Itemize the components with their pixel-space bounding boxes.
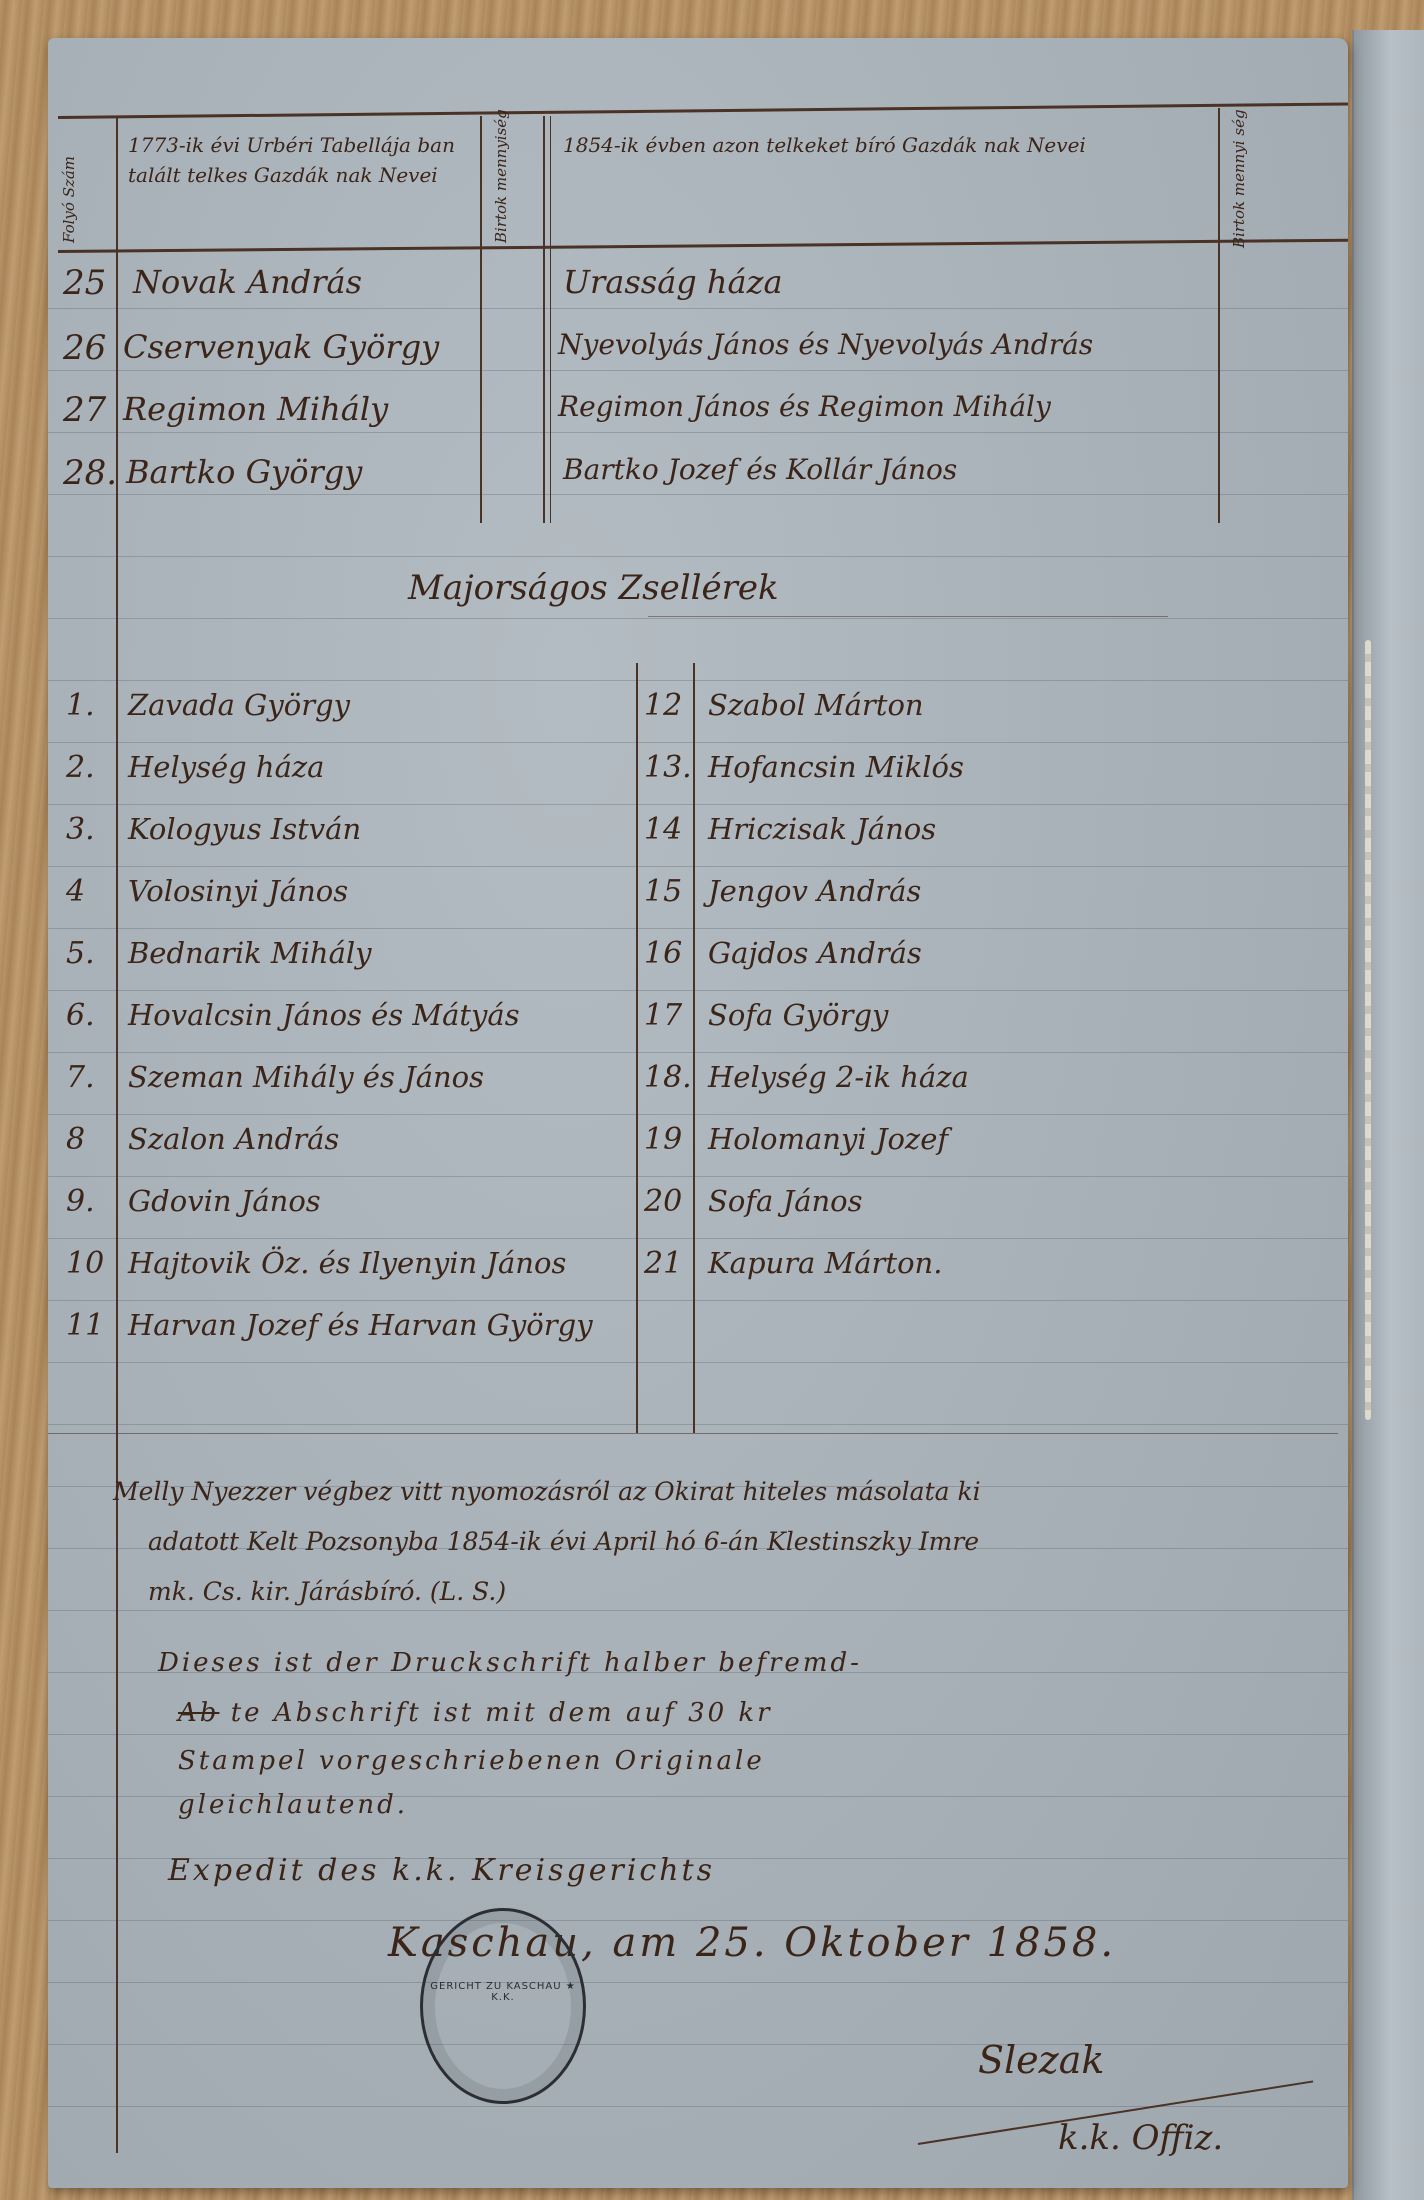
ruled-line [48, 308, 1348, 309]
list-item-name: Szeman Mihály és János [128, 1060, 484, 1094]
list-item-name: Bednarik Mihály [128, 936, 372, 970]
ruled-line [48, 1052, 1348, 1053]
list-item-number: 7. [66, 1060, 95, 1095]
ruled-line [48, 1238, 1348, 1239]
list-item-number: 21 [644, 1246, 682, 1281]
list-item-number: 16 [644, 936, 682, 971]
list-item-number: 5. [66, 936, 95, 971]
zsellerek-col-sep-a [636, 663, 638, 1433]
ruled-line [48, 1300, 1348, 1301]
list-item-number: 18. [644, 1060, 692, 1095]
list-item-number: 3. [66, 812, 95, 847]
list-item-number: 14 [644, 812, 682, 847]
list-item-name: Sofa György [708, 998, 888, 1032]
ruled-line [48, 742, 1348, 743]
list-item-name: Helység 2-ik háza [708, 1060, 969, 1094]
list-item-name: Szalon András [128, 1122, 339, 1156]
list-item-number: 6. [66, 998, 95, 1033]
document-page: Folyó Szám 1773-ik évi Urbéri Tabellája … [48, 38, 1348, 2188]
header-folyo-szam: Folyó Szám [60, 123, 78, 243]
row-num: 26 [63, 328, 106, 368]
binding-thread [1365, 640, 1371, 1420]
ruled-line [48, 1982, 1348, 1983]
ruled-line [48, 618, 1348, 619]
list-item-name: Hriczisak János [708, 812, 936, 846]
row-num: 28. [63, 453, 117, 493]
list-item-number: 8 [66, 1122, 85, 1157]
ruled-line [48, 370, 1348, 371]
list-item-name: Szabol Márton [708, 688, 924, 722]
row-num: 25 [63, 263, 106, 303]
list-item-number: 9. [66, 1184, 95, 1219]
section-title: Majorságos Zsellérek [408, 568, 779, 608]
table-top-rule [58, 102, 1348, 119]
row-name-1773: Regimon Mihály [123, 390, 388, 428]
list-item-name: Volosinyi János [128, 874, 348, 908]
ruled-line [48, 2044, 1348, 2045]
list-item-name: Gajdos András [708, 936, 922, 970]
list-item-number: 13. [644, 750, 692, 785]
ruled-line [48, 556, 1348, 557]
section-title-underline [648, 616, 1168, 617]
header-bottom-rule [58, 239, 1348, 253]
list-item-name: Sofa János [708, 1184, 863, 1218]
header-birtok-1: Birtok mennyiség [492, 123, 510, 243]
stamp-text: GERICHT ZU KASCHAU ★ K.K. [423, 1981, 583, 2003]
official-seal-stamp: GERICHT ZU KASCHAU ★ K.K. [420, 1908, 586, 2104]
list-item-name: Hajtovik Öz. és Ilyenyin János [128, 1246, 566, 1280]
signature-name: Slezak [978, 2038, 1104, 2082]
row-name-1854: Nyevolyás János és Nyevolyás András [558, 328, 1093, 361]
header-names-1854: 1854-ik évben azon telkeket bíró Gazdák … [563, 130, 1163, 160]
ruled-line [48, 494, 1348, 495]
ruled-line [48, 1424, 1348, 1425]
german-note-line-3: Stampel vorgeschriebenen Originale [178, 1746, 765, 1776]
german-note-line-2: Ab te Abschrift ist mit dem auf 30 kr [178, 1698, 773, 1728]
list-item-number: 1. [66, 688, 95, 723]
ruled-line [48, 866, 1348, 867]
list-item-name: Gdovin János [128, 1184, 321, 1218]
list-item-name: Kologyus István [128, 812, 361, 846]
attestation-line-1: Melly Nyezzer végbez vitt nyomozásról az… [113, 1468, 981, 1516]
col-sep-1 [116, 118, 118, 2153]
col-sep-2 [480, 116, 482, 523]
ruled-line [48, 990, 1348, 991]
row-num: 27 [63, 390, 106, 430]
ruled-line [48, 1734, 1348, 1735]
list-item-number: 4 [66, 874, 85, 909]
list-item-name: Hofancsin Miklós [708, 750, 964, 784]
struck-word: Ab [178, 1698, 219, 1728]
header-birtok-2: Birtok mennyi ség [1230, 118, 1248, 248]
ruled-line [48, 680, 1348, 681]
header-names-1773: 1773-ik évi Urbéri Tabellája ban talált … [128, 130, 473, 190]
list-item-name: Jengov András [708, 874, 921, 908]
zsellerek-bottom-rule [48, 1433, 1338, 1434]
row-name-1773: Novak András [133, 263, 362, 301]
list-item-number: 17 [644, 998, 682, 1033]
ruled-line [48, 1114, 1348, 1115]
ruled-line [48, 1176, 1348, 1177]
list-item-number: 19 [644, 1122, 682, 1157]
list-item-name: Zavada György [128, 688, 350, 722]
col-sep-3b [550, 116, 551, 523]
list-item-name: Helység háza [128, 750, 324, 784]
list-item-number: 2. [66, 750, 95, 785]
list-item-name: Harvan Jozef és Harvan György [128, 1308, 593, 1342]
list-item-name: Kapura Márton. [708, 1246, 942, 1280]
row-name-1854: Urasság háza [563, 263, 783, 301]
list-item-number: 11 [66, 1308, 104, 1343]
attestation-line-2: adatott Kelt Pozsonyba 1854-ik évi April… [148, 1518, 979, 1566]
ruled-line [48, 432, 1348, 433]
attestation-line-3: mk. Cs. kir. Járásbíró. (L. S.) [148, 1568, 506, 1616]
ruled-line [48, 928, 1348, 929]
list-item-number: 10 [66, 1246, 104, 1281]
col-sep-4 [1218, 108, 1220, 523]
ruled-line [48, 1362, 1348, 1363]
facing-page-edge [1352, 30, 1424, 2200]
row-name-1854: Regimon János és Regimon Mihály [558, 390, 1051, 423]
german-note-line-4: gleichlautend. [178, 1790, 408, 1820]
expedit-line: Expedit des k.k. Kreisgerichts [168, 1853, 715, 1888]
list-item-number: 20 [644, 1184, 682, 1219]
list-item-name: Hovalcsin János és Mátyás [128, 998, 520, 1032]
list-item-name: Holomanyi Jozef [708, 1122, 948, 1156]
signature-title: k.k. Offiz. [1058, 2118, 1223, 2158]
col-sep-3a [543, 116, 545, 523]
row-name-1854: Bartko Jozef és Kollár János [563, 453, 957, 486]
german-note-line-1: Dieses ist der Druckschrift halber befre… [158, 1648, 862, 1678]
zsellerek-col-sep-b [693, 663, 695, 1433]
row-name-1773: Bartko György [126, 453, 362, 491]
row-name-1773: Cservenyak György [123, 328, 439, 366]
list-item-number: 12 [644, 688, 682, 723]
ruled-line [48, 804, 1348, 805]
list-item-number: 15 [644, 874, 682, 909]
